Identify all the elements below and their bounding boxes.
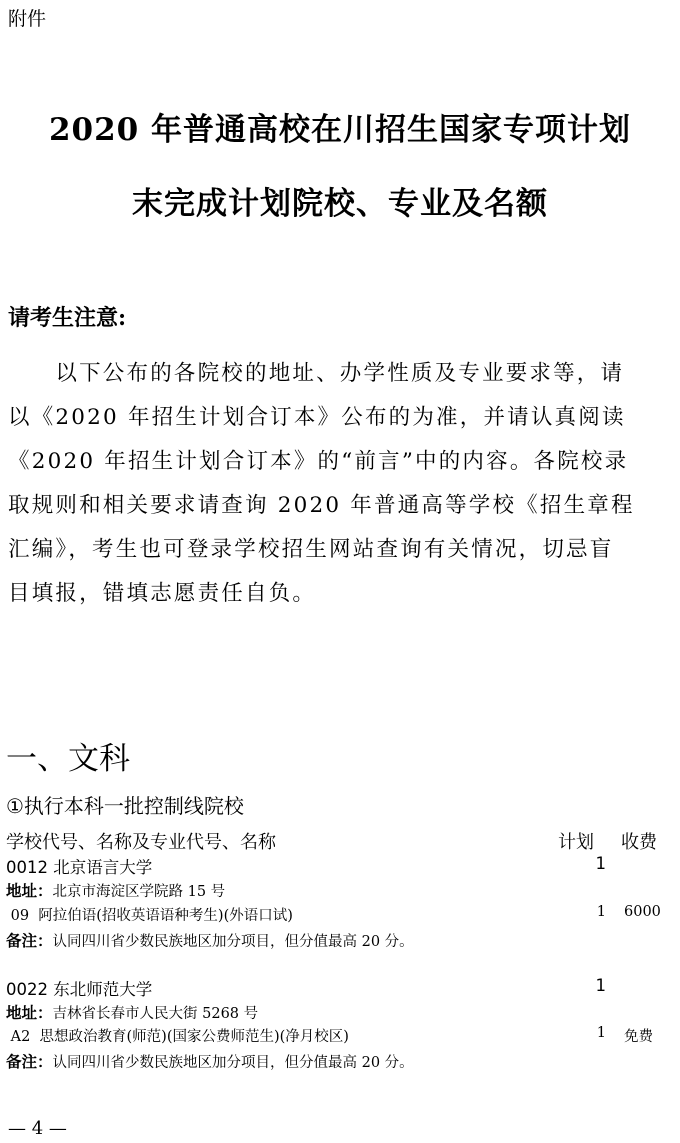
notice-line: 以下公布的各院校的地址、办学性质及专业要求等，请 — [8, 352, 672, 396]
table-header: 学校代号、名称及专业代号、名称 计划 收费 — [6, 828, 666, 850]
major-row: A2 思想政治教育(师范)(国家公费师范生)(净月校区) 1 免费 — [6, 1025, 666, 1047]
document-title-line2: 末完成计划院校、专业及名额 — [0, 178, 680, 223]
notice-line: 《2020 年招生计划合订本》的“前言”中的内容。各院校录 — [8, 440, 672, 484]
major-name: A2 思想政治教育(师范)(国家公费师范生)(净月校区) — [6, 1025, 349, 1046]
school-plan: 1 — [586, 854, 606, 873]
school-code-name: 0022 东北师范大学 — [6, 976, 152, 1000]
major-plan: 1 — [586, 1025, 606, 1041]
school-plan: 1 — [586, 976, 606, 995]
major-plan: 1 — [586, 904, 606, 920]
section-subheading: ①执行本科一批控制线院校 — [6, 790, 244, 819]
document-title-line1: 2020 年普通高校在川招生国家专项计划 — [0, 104, 680, 149]
school-note: 认同四川省少数民族地区加分项目，但分值最高 20 分。 — [53, 934, 414, 950]
notice-line: 汇编》，考生也可登录学校招生网站查询有关情况，切忌盲 — [8, 528, 672, 572]
school-code-name: 0012 北京语言大学 — [6, 854, 152, 878]
address-label: 地址： — [6, 1004, 53, 1022]
school-note: 认同四川省少数民族地区加分项目，但分值最高 20 分。 — [53, 1055, 414, 1071]
notice-line: 目填报，错填志愿责任自负。 — [8, 572, 672, 616]
note-label: 备注： — [6, 932, 53, 950]
attachment-label: 附件 — [8, 4, 46, 31]
notice-paragraph: 以下公布的各院校的地址、办学性质及专业要求等，请 以《2020 年招生计划合订本… — [8, 352, 672, 616]
address-label: 地址： — [6, 882, 53, 900]
major-row: 09 阿拉伯语(招收英语语种考生)(外语口试) 1 6000 — [6, 904, 666, 926]
note-label: 备注： — [6, 1053, 53, 1071]
school-note-row: 备注：认同四川省少数民族地区加分项目，但分值最高 20 分。 — [6, 1050, 666, 1072]
school-address-row: 地址：吉林省长春市人民大街 5268 号 — [6, 1001, 666, 1023]
column-header-fee: 收费 — [621, 828, 657, 854]
major-fee: 6000 — [624, 904, 661, 920]
section-heading: 一、文科 — [6, 733, 130, 778]
page-number: — 4 — — [8, 1118, 67, 1139]
school-note-row: 备注：认同四川省少数民族地区加分项目，但分值最高 20 分。 — [6, 929, 666, 951]
major-name: 09 阿拉伯语(招收英语语种考生)(外语口试) — [6, 904, 293, 925]
school-address-row: 地址：北京市海淀区学院路 15 号 — [6, 879, 666, 901]
notice-line: 取规则和相关要求请查询 2020 年普通高等学校《招生章程 — [8, 484, 672, 528]
notice-heading: 请考生注意: — [8, 301, 126, 332]
column-header-plan: 计划 — [558, 828, 594, 854]
school-row: 0012 北京语言大学 1 — [6, 854, 666, 876]
column-header-name: 学校代号、名称及专业代号、名称 — [6, 828, 276, 854]
school-address: 吉林省长春市人民大街 5268 号 — [53, 1006, 259, 1022]
major-fee: 免费 — [624, 1025, 653, 1046]
school-row: 0022 东北师范大学 1 — [6, 976, 666, 998]
school-address: 北京市海淀区学院路 15 号 — [53, 884, 226, 900]
notice-line: 以《2020 年招生计划合订本》公布的为准，并请认真阅读 — [8, 396, 672, 440]
